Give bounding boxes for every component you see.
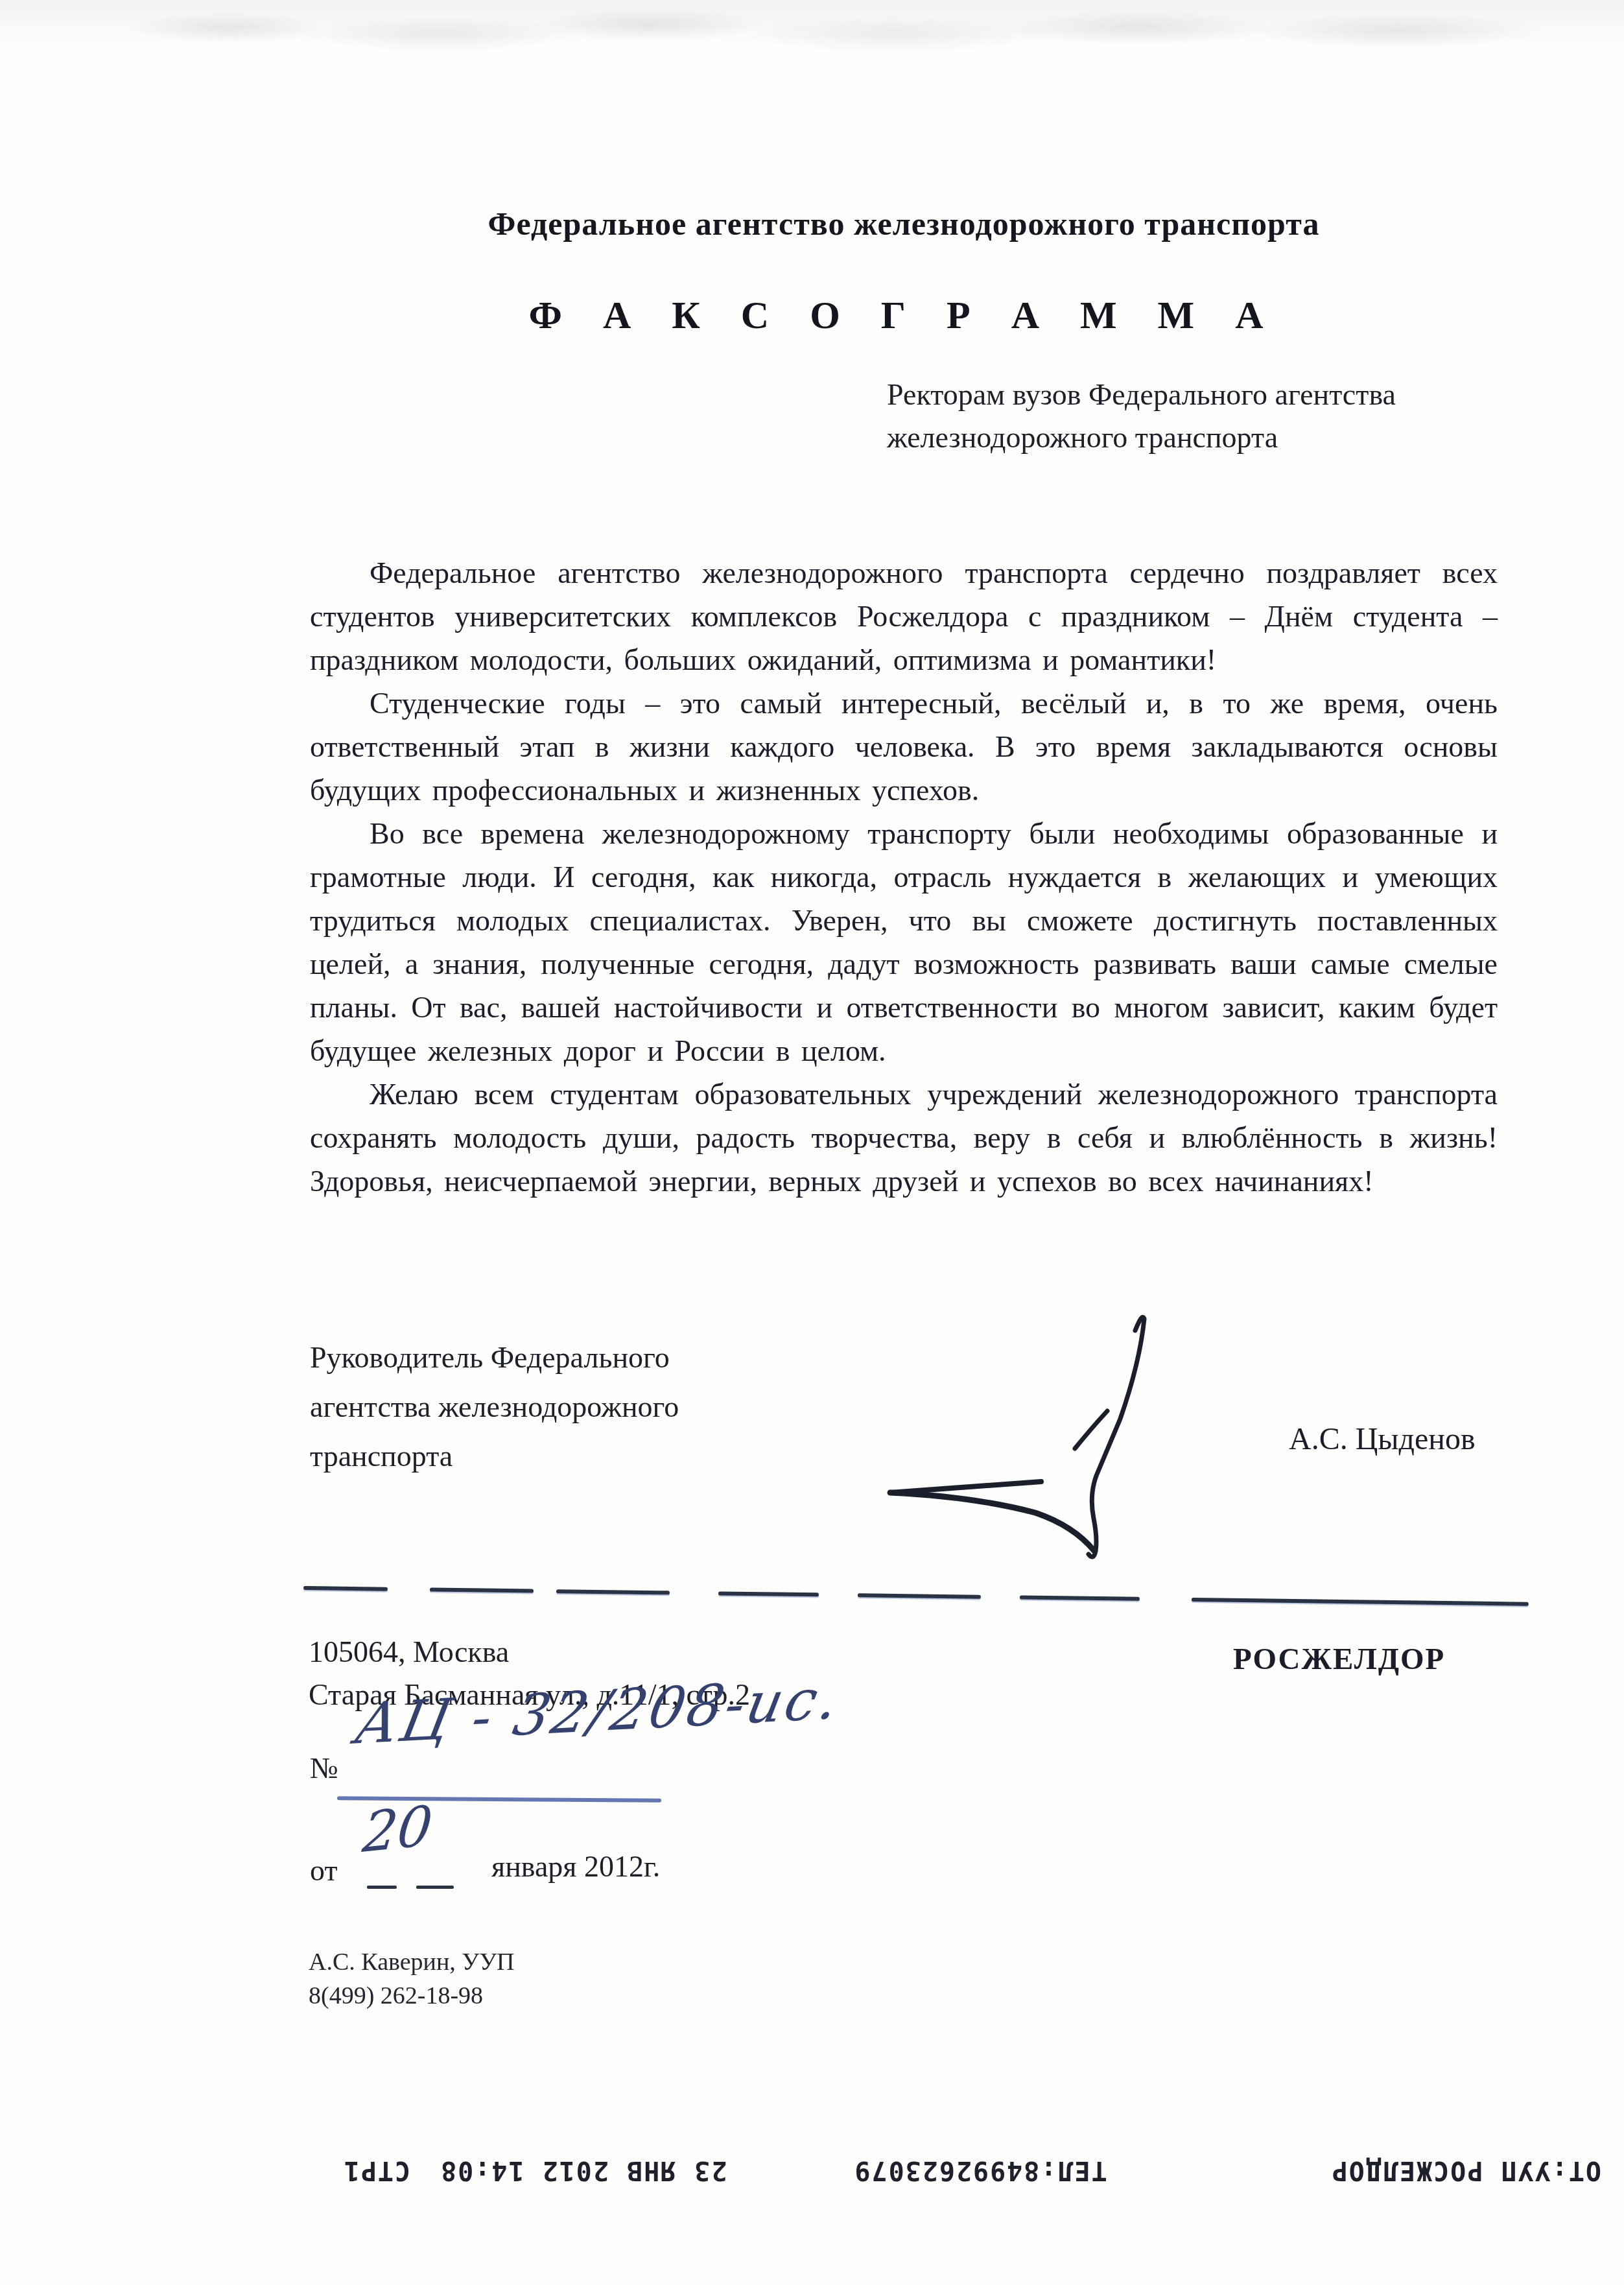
separator-segment — [718, 1591, 819, 1596]
fax-imprint-page: СТР1 — [343, 2155, 410, 2185]
signatory-title-block: Руководитель Федерального агентства желе… — [310, 1333, 816, 1481]
separator-segment — [1020, 1595, 1140, 1600]
separator-segment — [858, 1593, 981, 1598]
separator-segment — [303, 1586, 388, 1591]
fax-imprint-datetime: 23 ЯНВ 2012 14:08 — [440, 2155, 727, 2185]
recipient-line-1: Ректорам вузов Федерального агентства — [887, 373, 1535, 416]
faxogram-scanned-page: Федеральное агентство железнодорожного т… — [0, 0, 1624, 2285]
fax-machine-imprint-rotated: ОТ:УУП РОСЖЕЛДОР ТЕЛ:84992623079 23 ЯНВ … — [337, 2154, 1601, 2186]
recipient-block: Ректорам вузов Федерального агентства же… — [887, 373, 1535, 459]
separator-segment — [1192, 1598, 1529, 1606]
signature-mark — [843, 1290, 1232, 1582]
date-prefix-label: от — [310, 1853, 338, 1888]
document-type-title: Ф А К С О Г Р А М М А — [310, 293, 1498, 338]
org-name: РОСЖЕЛДОР — [1233, 1642, 1445, 1677]
signatory-title-line-3: транспорта — [310, 1432, 816, 1481]
agency-header: Федеральное агентство железнодорожного т… — [310, 205, 1498, 243]
executor-contact-block: А.С. Каверин, УУП 8(499) 262-18-98 — [309, 1945, 515, 2013]
signatory-title-line-1: Руководитель Федерального — [310, 1333, 816, 1382]
scan-smudge-artifact — [0, 0, 1624, 62]
letter-body: Федеральное агентство железнодорожного т… — [310, 551, 1498, 1203]
separator-segment — [556, 1589, 670, 1594]
date-underline-dash — [416, 1886, 454, 1889]
paragraph-student-years: Студенческие годы – это самый интересный… — [310, 681, 1498, 812]
paragraph-wishes: Желаю всем студентам образовательных учр… — [310, 1072, 1498, 1203]
number-label: № — [310, 1751, 338, 1785]
executor-name: А.С. Каверин, УУП — [309, 1945, 515, 1979]
paragraph-greeting: Федеральное агентство железнодорожного т… — [310, 551, 1498, 681]
date-month-year: января 2012г. — [491, 1849, 660, 1884]
fax-imprint-tel: ТЕЛ:84992623079 — [853, 2155, 1107, 2185]
signatory-name: А.С. Цыденов — [1289, 1421, 1476, 1457]
signatory-title-line-2: агентства железнодорожного — [310, 1382, 816, 1432]
address-line-1: 105064, Москва — [309, 1631, 750, 1674]
separator-segment — [430, 1588, 534, 1593]
paragraph-industry: Во все времена железнодорожному транспор… — [310, 812, 1498, 1072]
recipient-line-2: железнодорожного транспорта — [887, 416, 1535, 459]
date-underline-dash — [367, 1886, 397, 1889]
separator-line — [303, 1586, 1529, 1607]
fax-imprint-from: ОТ:УУП РОСЖЕЛДОР — [1331, 2155, 1601, 2185]
executor-phone: 8(499) 262-18-98 — [309, 1979, 515, 2013]
handwritten-day: 20 — [360, 1794, 436, 1865]
